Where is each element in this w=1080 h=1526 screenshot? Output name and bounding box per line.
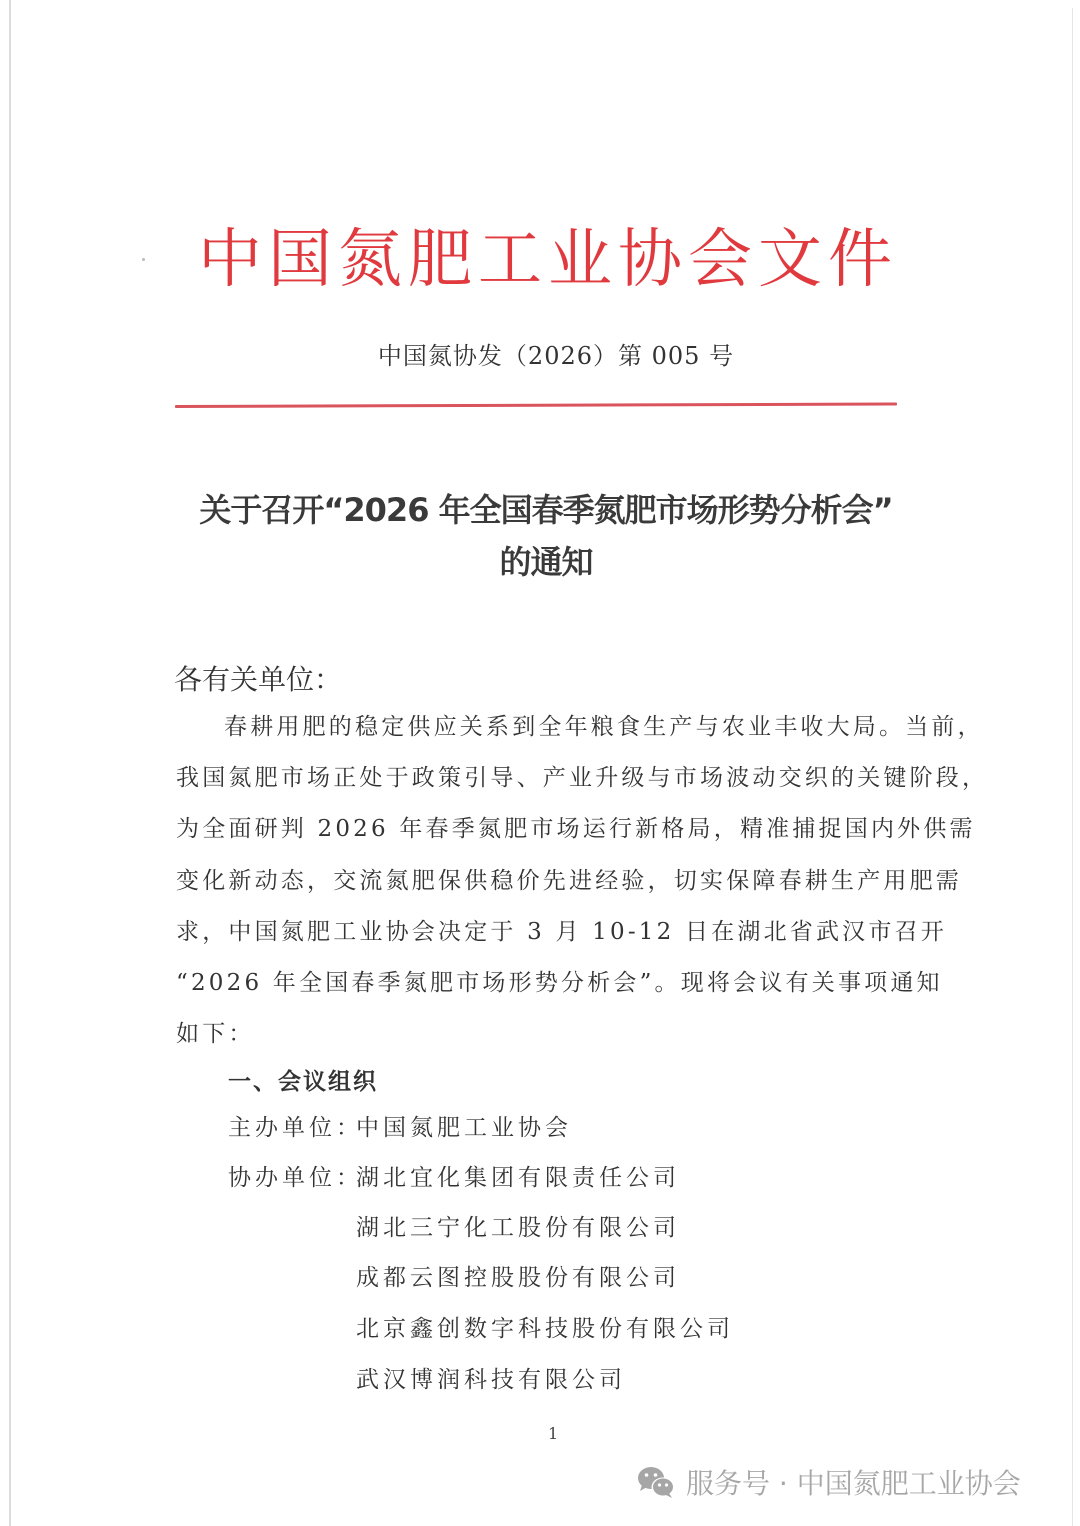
notice-title: 关于召开“2026 年全国春季氮肥市场形势分析会” 的通知: [0, 484, 1080, 588]
salutation: 各有关单位：: [174, 660, 342, 700]
co-organizer-row: 协办单位：湖北宜化集团有限责任公司: [228, 1158, 680, 1198]
document-number: 中国氮协发（2026）第 005 号: [0, 338, 1080, 374]
organizer-label: 主办单位：: [228, 1108, 356, 1148]
body-line: 我国氮肥市场正处于政策引导、产业升级与市场波动交织的关键阶段，: [176, 753, 926, 804]
organizer-value: 中国氮肥工业协会: [356, 1115, 572, 1141]
red-divider-line: [175, 402, 897, 408]
body-line: 变化新动态，交流氮肥保供稳价先进经验，切实保障春耕生产用肥需: [176, 856, 926, 907]
co-organizer-value: 湖北宜化集团有限责任公司: [356, 1165, 680, 1191]
document-header-title: 中国氮肥工业协会文件: [198, 222, 878, 298]
body-line: 求，中国氮肥工业协会决定于 3 月 10-12 日在湖北省武汉市召开: [176, 907, 926, 958]
notice-title-line-1: 关于召开“2026 年全国春季氮肥市场形势分析会”: [12, 484, 1080, 536]
body-paragraph: 春耕用肥的稳定供应关系到全年粮食生产与农业丰收大局。当前， 我国氮肥市场正处于政…: [176, 702, 926, 1060]
page-number: 1: [548, 1424, 558, 1444]
body-line: 如下：: [176, 1009, 926, 1060]
footer-account-name: 服务号 · 中国氮肥工业协会: [686, 1462, 1021, 1502]
co-organizer-value: 武汉博润科技有限公司: [356, 1360, 626, 1400]
scan-speck: [142, 258, 145, 261]
section-heading-organization: 一、会议组织: [228, 1062, 378, 1102]
body-line: 春耕用肥的稳定供应关系到全年粮食生产与农业丰收大局。当前，: [176, 702, 926, 753]
page-edge-right: [1072, 8, 1073, 1526]
co-organizer-value: 北京鑫创数字科技股份有限公司: [356, 1309, 734, 1349]
co-organizer-value: 湖北三宁化工股份有限公司: [356, 1208, 680, 1248]
page-edge-left: [9, 0, 11, 1526]
organizer-row: 主办单位：中国氮肥工业协会: [228, 1108, 572, 1148]
footer-watermark: 服务号 · 中国氮肥工业协会: [636, 1461, 1021, 1503]
co-organizer-value: 成都云图控股股份有限公司: [356, 1258, 680, 1298]
wechat-icon: [636, 1465, 676, 1499]
notice-title-line-2: 的通知: [12, 536, 1080, 588]
body-line: “2026 年全国春季氮肥市场形势分析会”。现将会议有关事项通知: [176, 958, 926, 1009]
co-organizer-label: 协办单位：: [228, 1158, 356, 1198]
body-line: 为全面研判 2026 年春季氮肥市场运行新格局，精准捕捉国内外供需: [176, 804, 926, 855]
